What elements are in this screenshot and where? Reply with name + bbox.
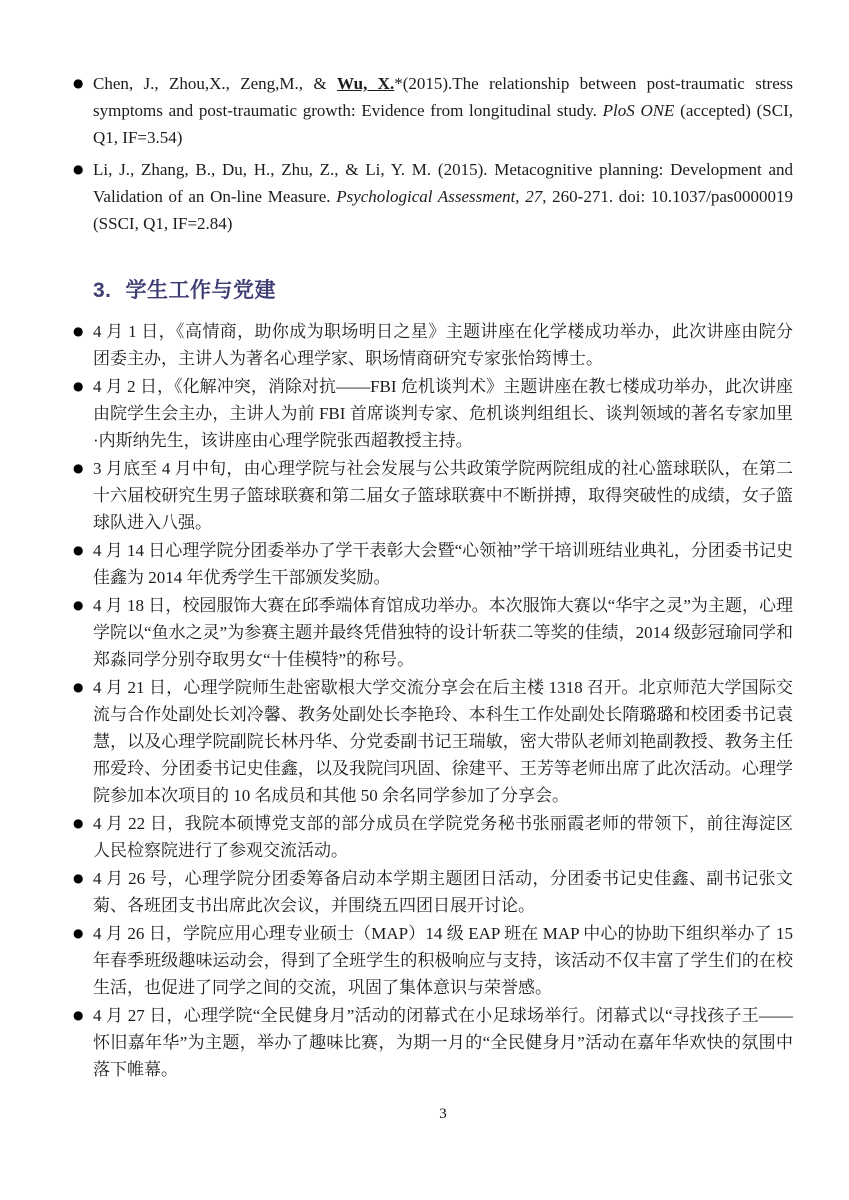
event-item: ● 3 月底至 4 月中旬，由心理学院与社会发展与公共政策学院两院组成的社心篮球… — [93, 455, 793, 536]
reference-item: ● Chen, J., Zhou,X., Zeng,M., & Wu, X.*(… — [93, 70, 793, 151]
reference-item: ● Li, J., Zhang, B., Du, H., Zhu, Z., & … — [93, 156, 793, 237]
references-list: ● Chen, J., Zhou,X., Zeng,M., & Wu, X.*(… — [93, 70, 793, 237]
event-item: ● 4 月 14 日心理学院分团委举办了学干表彰大会暨“心领袖”学干培训班结业典… — [93, 537, 793, 591]
event-text: 4 月 22 日，我院本硕博党支部的部分成员在学院党务秘书张丽霞老师的带领下，前… — [93, 814, 793, 860]
reference-authors-pre: Chen, J., Zhou,X., Zeng,M., & — [93, 74, 337, 93]
event-item: ● 4 月 26 号，心理学院分团委筹备启动本学期主题团日活动，分团委书记史佳鑫… — [93, 865, 793, 919]
event-text: 4 月 26 日，学院应用心理专业硕士（MAP）14 级 EAP 班在 MAP … — [93, 924, 793, 997]
bullet-icon: ● — [73, 70, 83, 97]
event-text: 4 月 27 日，心理学院“全民健身月”活动的闭幕式在小足球场举行。闭幕式以“寻… — [93, 1006, 793, 1079]
bullet-icon: ● — [73, 865, 83, 892]
reference-journal: PloS ONE — [603, 101, 675, 120]
page-number: 3 — [93, 1103, 793, 1125]
event-text: 4 月 2 日，《化解冲突，消除对抗——FBI 危机谈判术》主题讲座在教七楼成功… — [93, 377, 793, 450]
event-text: 4 月 21 日，心理学院师生赴密歇根大学交流分享会在后主楼 1318 召开。北… — [93, 678, 793, 805]
section-heading: 3.学生工作与党建 — [93, 277, 793, 305]
section-number: 3. — [93, 279, 112, 302]
events-list: ● 4 月 1 日，《高情商，助你成为职场明日之星》主题讲座在化学楼成功举办，此… — [93, 318, 793, 1083]
reference-text: Li, J., Zhang, B., Du, H., Zhu, Z., & Li… — [93, 160, 793, 233]
event-item: ● 4 月 27 日，心理学院“全民健身月”活动的闭幕式在小足球场举行。闭幕式以… — [93, 1002, 793, 1083]
bullet-icon: ● — [73, 156, 83, 183]
event-item: ● 4 月 2 日，《化解冲突，消除对抗——FBI 危机谈判术》主题讲座在教七楼… — [93, 373, 793, 454]
section-title: 学生工作与党建 — [126, 279, 277, 302]
bullet-icon: ● — [73, 537, 83, 564]
event-text: 4 月 1 日，《高情商，助你成为职场明日之星》主题讲座在化学楼成功举办，此次讲… — [93, 322, 793, 368]
event-item: ● 4 月 18 日，校园服饰大赛在邱季端体育馆成功举办。本次服饰大赛以“华宇之… — [93, 592, 793, 673]
event-text: 4 月 18 日，校园服饰大赛在邱季端体育馆成功举办。本次服饰大赛以“华宇之灵”… — [93, 596, 793, 669]
reference-journal: Psychological Assessment, 27 — [336, 187, 542, 206]
bullet-icon: ● — [73, 674, 83, 701]
event-item: ● 4 月 22 日，我院本硕博党支部的部分成员在学院党务秘书张丽霞老师的带领下… — [93, 810, 793, 864]
bullet-icon: ● — [73, 373, 83, 400]
document-page: ● Chen, J., Zhou,X., Zeng,M., & Wu, X.*(… — [0, 0, 849, 1200]
reference-text: Chen, J., Zhou,X., Zeng,M., & Wu, X.*(20… — [93, 74, 793, 147]
event-text: 4 月 26 号，心理学院分团委筹备启动本学期主题团日活动，分团委书记史佳鑫、副… — [93, 869, 793, 915]
bullet-icon: ● — [73, 318, 83, 345]
event-text: 4 月 14 日心理学院分团委举办了学干表彰大会暨“心领袖”学干培训班结业典礼，… — [93, 541, 793, 587]
bullet-icon: ● — [73, 1002, 83, 1029]
event-item: ● 4 月 1 日，《高情商，助你成为职场明日之星》主题讲座在化学楼成功举办，此… — [93, 318, 793, 372]
event-item: ● 4 月 21 日，心理学院师生赴密歇根大学交流分享会在后主楼 1318 召开… — [93, 674, 793, 809]
bullet-icon: ● — [73, 592, 83, 619]
bullet-icon: ● — [73, 920, 83, 947]
event-item: ● 4 月 26 日，学院应用心理专业硕士（MAP）14 级 EAP 班在 MA… — [93, 920, 793, 1001]
event-text: 3 月底至 4 月中旬，由心理学院与社会发展与公共政策学院两院组成的社心篮球联队… — [93, 459, 793, 532]
reference-highlighted-author: Wu, X. — [337, 74, 394, 93]
bullet-icon: ● — [73, 810, 83, 837]
bullet-icon: ● — [73, 455, 83, 482]
